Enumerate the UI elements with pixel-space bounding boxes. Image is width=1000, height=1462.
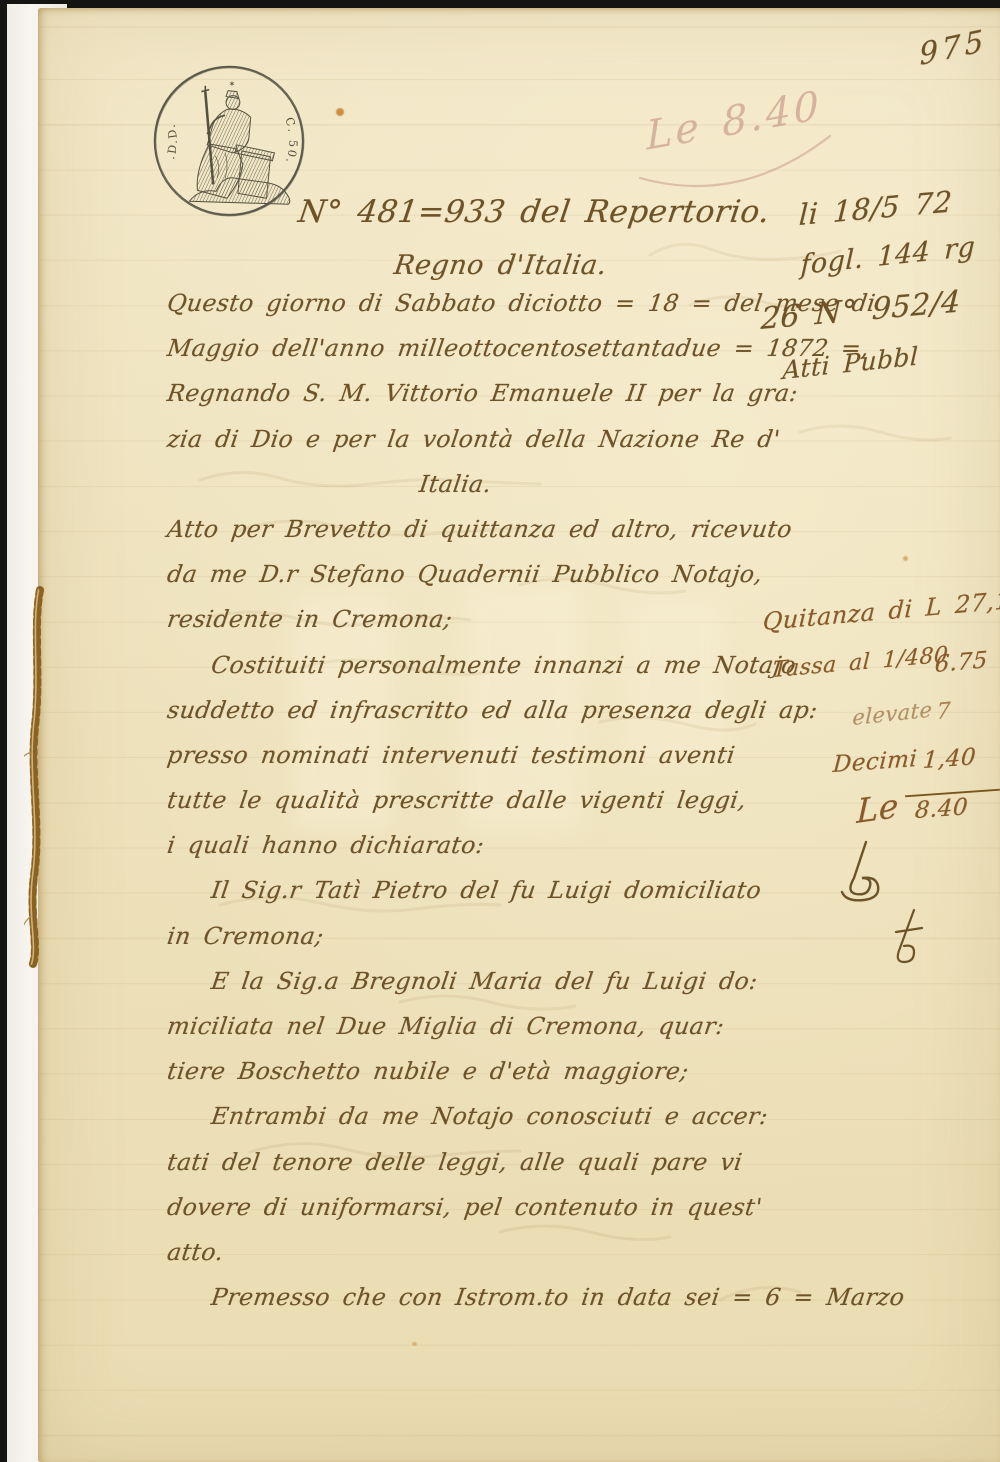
svg-text:✶: ✶ — [229, 80, 236, 89]
handwritten-line: tutte le qualità prescritte dalle vigent… — [163, 786, 805, 831]
svg-text:C. 50.: C. 50. — [282, 116, 300, 167]
fiscal-total-amount: 8.40 — [914, 794, 969, 824]
handwritten-line: Questo giorno di Sabbato diciotto = 18 =… — [163, 289, 805, 334]
handwritten-line: E la Sig.a Bregnoli Maria del fu Luigi d… — [163, 967, 805, 1012]
handwritten-line: miciliata nel Due Miglia di Cremona, qua… — [163, 1012, 805, 1057]
handwritten-line: Costituiti personalmente innanzi a me No… — [163, 651, 805, 696]
handwritten-line: residente in Cremona; — [163, 605, 805, 650]
stamp-right-text: C. 50. — [282, 116, 300, 167]
kingdom-line: Regno d'Italia. — [392, 250, 609, 281]
fiscal-elevate-amount: 7 — [936, 698, 951, 725]
handwritten-line: i quali hanno dichiarato: — [163, 831, 805, 876]
fiscal-tax-amount: 6.75 — [934, 647, 988, 678]
handwritten-line: tati del tenore delle leggi, alle quali … — [163, 1148, 805, 1193]
handwritten-line: tiere Boschetto nubile e d'età maggiore; — [163, 1057, 805, 1102]
revenue-stamp: ✶ a.D.D.a C. 50. — [150, 62, 308, 220]
repertory-number-line: N° 481=933 del Repertorio. — [296, 194, 772, 230]
handwritten-line: atto. — [163, 1238, 805, 1283]
handwritten-line: presso nominati intervenuti testimoni av… — [163, 741, 805, 786]
deed-body-text: Questo giorno di Sabbato diciotto = 18 =… — [163, 289, 799, 1328]
handwritten-line: Entrambi da me Notajo conosciuti e accer… — [163, 1102, 805, 1147]
stamp-figure-crown — [226, 91, 239, 99]
stamp-staff-finial — [201, 86, 209, 94]
handwritten-line: Il Sig.r Tatì Pietro del fu Luigi domici… — [163, 876, 805, 921]
handwritten-line: Regnando S. M. Vittorio Emanuele II per … — [163, 379, 805, 424]
handwritten-line: dovere di uniformarsi, pel contenuto in … — [163, 1193, 805, 1238]
handwritten-line: zia di Dio e per la volontà della Nazion… — [163, 425, 805, 470]
fiscal-decimi-amount: 1,40 — [922, 744, 977, 774]
notary-paraph-flourish — [878, 904, 930, 970]
handwritten-line: Italia. — [163, 470, 805, 515]
handwritten-line: da me D.r Stefano Quadernii Pubblico Not… — [163, 560, 805, 605]
handwritten-line: Maggio dell'anno milleottocentosettantad… — [163, 334, 805, 379]
document-scan: ✶ a.D.D.a C. 50. 975 Le 8.40 N° 481=933 … — [0, 0, 1000, 1462]
fiscal-total-currency: Le — [856, 786, 899, 831]
handwritten-line: Premesso che con Istrom.to in data sei =… — [163, 1283, 805, 1328]
handwritten-line: in Cremona; — [163, 922, 805, 967]
binding-twine — [24, 586, 54, 968]
handwritten-line: Atto per Brevetto di quittanza ed altro,… — [163, 515, 805, 560]
handwritten-line: suddetto ed infrascritto ed alla presenz… — [163, 696, 805, 741]
